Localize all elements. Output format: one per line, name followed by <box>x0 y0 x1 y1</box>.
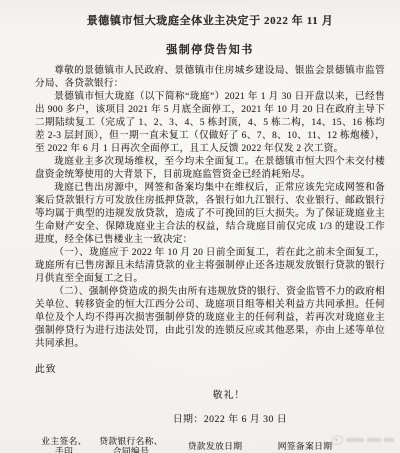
watermark-illegible-text <box>384 438 394 442</box>
body-paragraph: 景德镇市恒大珑庭（以下简称“珑庭”）2021 年 1 月 30 日开盘以来，已经… <box>35 90 385 155</box>
date-line: 日期：2022 年 6 月 30 日 <box>35 413 385 426</box>
document-title: 景德镇市恒大珑庭全体业主决定于 2022 年 11 月 <box>35 14 385 28</box>
body-paragraph: 珑庭已售出房源中，网签和备案均集中在维权后，正常应该先完成网签和备案后贷款银行方… <box>35 181 385 246</box>
salutation-paragraph: 尊敬的景德镇市人民政府、景德镇市住房城乡建设局、银监会景德镇市监管分局、各贷款银… <box>35 64 385 90</box>
document-subtitle: 强制停贷告知书 <box>35 44 385 57</box>
signature-column-bank-contract: 贷款银行名称、合同编号 <box>97 436 165 453</box>
weibo-watermark-icon <box>332 435 343 445</box>
scanned-document-page: 景德镇市恒大珑庭全体业主决定于 2022 年 11 月 强制停贷告知书 尊敬的景… <box>0 0 400 453</box>
document-content: 景德镇市恒大珑庭全体业主决定于 2022 年 11 月 强制停贷告知书 尊敬的景… <box>35 8 385 453</box>
body-paragraph-item-2: （二）、强制停贷造成的损失由所有违规放贷的银行、资金监管不力的政府相关单位、转移… <box>35 285 385 350</box>
document-body: 尊敬的景德镇市人民政府、景德镇市住房城乡建设局、银监会景德镇市监管分局、各贷款银… <box>35 64 385 350</box>
closing-salute: 敬礼！ <box>35 389 385 402</box>
watermark-illegible-text <box>367 438 381 442</box>
body-paragraph: 珑庭业主多次现场维权，至今均未全面复工。在景德镇市恒大四个未交付楼盘资金统筹使用… <box>35 155 385 181</box>
watermark-illegible-text <box>346 438 364 442</box>
closing-cizhi: 此致 <box>35 363 385 376</box>
signature-column-loan-date: 贷款发放日期 <box>175 441 255 452</box>
body-paragraph-item-1: （一）、珑庭应于 2022 年 10 月 20 日前全面复工，若在此之前未全面复… <box>35 246 385 285</box>
signature-column-owner-name: 业主签名、手印 <box>39 436 89 453</box>
weibo-watermark <box>332 435 394 445</box>
